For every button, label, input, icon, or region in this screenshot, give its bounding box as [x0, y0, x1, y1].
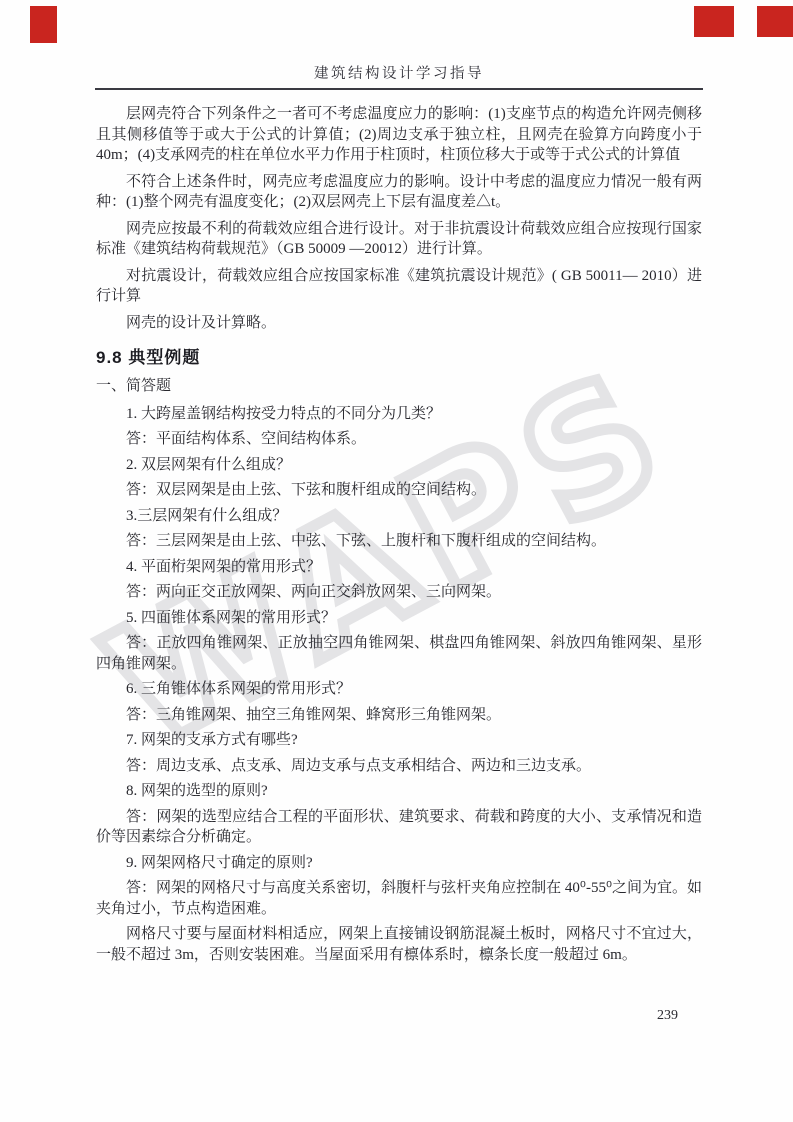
question-line: 6. 三角锥体体系网架的常用形式？ [96, 679, 702, 700]
subsection-heading: 一、简答题 [96, 376, 702, 397]
red-mark-top-left [30, 6, 57, 43]
intro-paragraph-1: 层网壳符合下列条件之一者可不考虑温度应力的影响：(1)支座节点的构造允许网壳侧移… [96, 104, 702, 166]
question-line: 9. 网架网格尺寸确定的原则? [96, 853, 702, 874]
answer-line: 答：三层网架是由上弦、中弦、下弦、上腹杆和下腹杆组成的空间结构。 [96, 531, 702, 552]
red-mark-top-right-2 [757, 6, 793, 37]
question-line: 4. 平面桁架网架的常用形式？ [96, 557, 702, 578]
page-content: 层网壳符合下列条件之一者可不考虑温度应力的影响：(1)支座节点的构造允许网壳侧移… [96, 104, 702, 971]
page-number: 239 [657, 1008, 678, 1024]
question-line: 1. 大跨屋盖钢结构按受力特点的不同分为几类？ [96, 404, 702, 425]
answer-line: 答：正放四角锥网架、正放抽空四角锥网架、棋盘四角锥网架、斜放四角锥网架、星形四角… [96, 633, 702, 674]
intro-paragraph-3: 网壳应按最不利的荷载效应组合进行设计。对于非抗震设计荷载效应组合应按现行国家标准… [96, 219, 702, 260]
intro-paragraph-2: 不符合上述条件时，网壳应考虑温度应力的影响。设计中考虑的温度应力情况一般有两种：… [96, 172, 702, 213]
answer-line: 答：周边支承、点支承、周边支承与点支承相结合、两边和三边支承。 [96, 756, 702, 777]
document-page: WAPS 建筑结构设计学习指导 层网壳符合下列条件之一者可不考虑温度应力的影响：… [0, 0, 793, 1122]
intro-paragraph-5: 网壳的设计及计算略。 [96, 313, 702, 334]
answer-line: 答：平面结构体系、空间结构体系。 [96, 429, 702, 450]
answer-line: 答：双层网架是由上弦、下弦和腹杆组成的空间结构。 [96, 480, 702, 501]
closing-paragraph: 网格尺寸要与屋面材料相适应，网架上直接铺设钢筋混凝土板时，网格尺寸不宜过大，一般… [96, 924, 702, 965]
answer-line: 答：网架的网格尺寸与高度关系密切，斜腹杆与弦杆夹角应控制在 40⁰-55⁰之间为… [96, 878, 702, 919]
header-title: 建筑结构设计学习指导 [314, 66, 484, 82]
red-mark-top-right-1 [694, 6, 734, 37]
section-heading: 9.8 典型例题 [96, 343, 702, 368]
question-line: 3.三层网架有什么组成？ [96, 506, 702, 527]
question-line: 5. 四面锥体系网架的常用形式？ [96, 608, 702, 629]
question-line: 7. 网架的支承方式有哪些? [96, 730, 702, 751]
answer-line: 答：三角锥网架、抽空三角锥网架、蜂窝形三角锥网架。 [96, 705, 702, 726]
running-header: 建筑结构设计学习指导 [95, 62, 703, 90]
intro-paragraph-4: 对抗震设计，荷载效应组合应按国家标准《建筑抗震设计规范》( GB 50011— … [96, 266, 702, 307]
question-line: 8. 网架的选型的原则? [96, 781, 702, 802]
answer-line: 答：网架的选型应结合工程的平面形状、建筑要求、荷载和跨度的大小、支承情况和造价等… [96, 807, 702, 848]
question-line: 2. 双层网架有什么组成？ [96, 455, 702, 476]
answer-line: 答：两向正交正放网架、两向正交斜放网架、三向网架。 [96, 582, 702, 603]
